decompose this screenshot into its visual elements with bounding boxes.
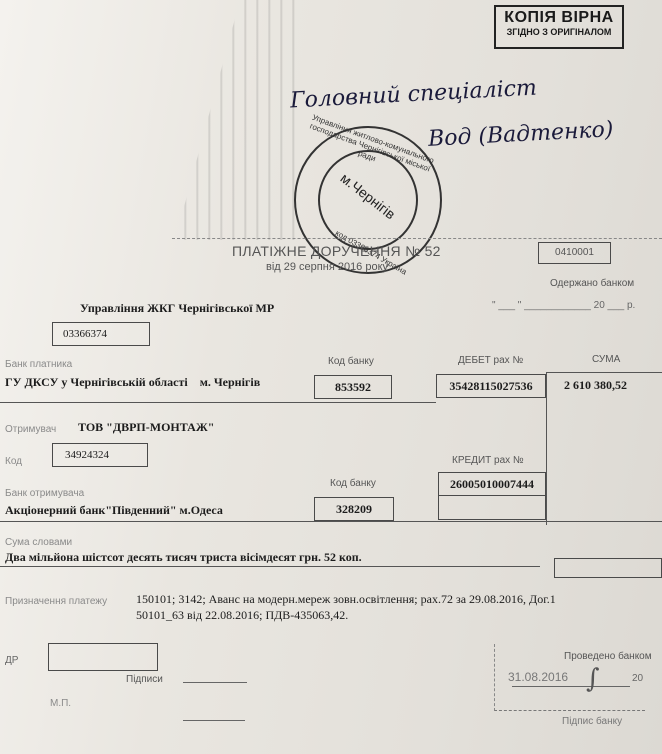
dr-label: ДР <box>5 655 18 666</box>
document-title: ПЛАТІЖНЕ ДОРУЧЕННЯ № 52 <box>232 243 441 259</box>
amount-left-border <box>546 372 547 525</box>
amount-words-label: Сума словами <box>5 537 72 548</box>
document-date: від 29 серпня 2016 року <box>266 261 388 273</box>
copy-certified-stamp: КОПІЯ ВІРНА ЗГІДНО З ОРИГІНАЛОМ <box>494 5 624 49</box>
debit-account: 35428115027536 <box>436 374 546 398</box>
payer-code: 03366374 <box>52 322 150 346</box>
received-date-field: " ___ " ____________ 20 ___ р. <box>492 300 635 311</box>
cut-line <box>172 238 662 239</box>
credit-extra-box <box>438 495 546 520</box>
processed-date-line <box>512 686 630 687</box>
recipient-bank-code: 328209 <box>314 497 394 521</box>
recipient-bank-name: Акціонерний банк"Південний" м.Одеса <box>5 503 223 518</box>
processed-by-bank-label: Проведено банком <box>564 651 652 662</box>
payer-bank-code: 853592 <box>314 375 392 399</box>
amount-value: 2 610 380,52 <box>564 378 627 393</box>
handwritten-position: Головний спеціаліст <box>290 76 538 114</box>
form-code: 0410001 <box>538 242 611 264</box>
payer-bank-label: Банк платника <box>5 359 72 370</box>
processed-date: 31.08.2016 <box>508 670 568 684</box>
copier-smear <box>160 0 300 240</box>
credit-account: 26005010007444 <box>438 472 546 496</box>
recipient-section-divider <box>0 521 662 522</box>
recipient-bank-code-label: Код банку <box>330 478 376 489</box>
mp-label: М.П. <box>50 698 71 709</box>
amount-top-border <box>546 372 662 373</box>
amount-words-side-box <box>554 558 662 578</box>
stamp-line-2: ЗГІДНО З ОРИГІНАЛОМ <box>496 27 622 37</box>
handwritten-signature: Вод (Вадтенко) <box>427 117 614 152</box>
credit-label: КРЕДИТ рах № <box>452 455 524 466</box>
stamp-line-1: КОПІЯ ВІРНА <box>496 9 622 27</box>
signature-line-2 <box>183 720 245 721</box>
recipient-name: ТОВ "ДВРП-МОНТАЖ" <box>78 420 214 435</box>
purpose-line-1: 150101; 3142; Аванс на модерн.мереж зовн… <box>136 592 556 607</box>
bank-signature-label: Підпис банку <box>562 716 622 727</box>
purpose-label: Призначення платежу <box>5 596 107 607</box>
payer-section-divider <box>0 402 436 403</box>
recipient-code: 34924324 <box>52 443 148 467</box>
dr-box <box>48 643 158 671</box>
recipient-label: Отримувач <box>5 424 56 435</box>
bank-signature: ∫ <box>586 664 600 694</box>
recipient-code-label: Код <box>5 456 22 467</box>
payer-bank-code-label: Код банку <box>328 356 374 367</box>
recipient-bank-label: Банк отримувача <box>5 488 84 499</box>
payer-bank-name: ГУ ДКСУ у Чернігівській області м. Черні… <box>5 375 260 390</box>
debit-label: ДЕБЕТ рах № <box>458 355 523 366</box>
purpose-line-2: 50101_63 від 22.08.2016; ПДВ-435063,42. <box>136 608 348 623</box>
amount-words-value: Два мільйона шістсот десять тисяч триста… <box>5 550 362 565</box>
amount-words-underline <box>0 566 540 567</box>
payer-name: Управління ЖКГ Чернігівської МР <box>80 301 274 316</box>
signatures-label: Підписи <box>126 674 163 685</box>
received-by-bank-label: Одержано банком <box>550 278 634 289</box>
signature-line-1 <box>183 682 247 683</box>
processed-year-prefix: 20 <box>632 673 643 684</box>
amount-label: СУМА <box>592 354 620 365</box>
